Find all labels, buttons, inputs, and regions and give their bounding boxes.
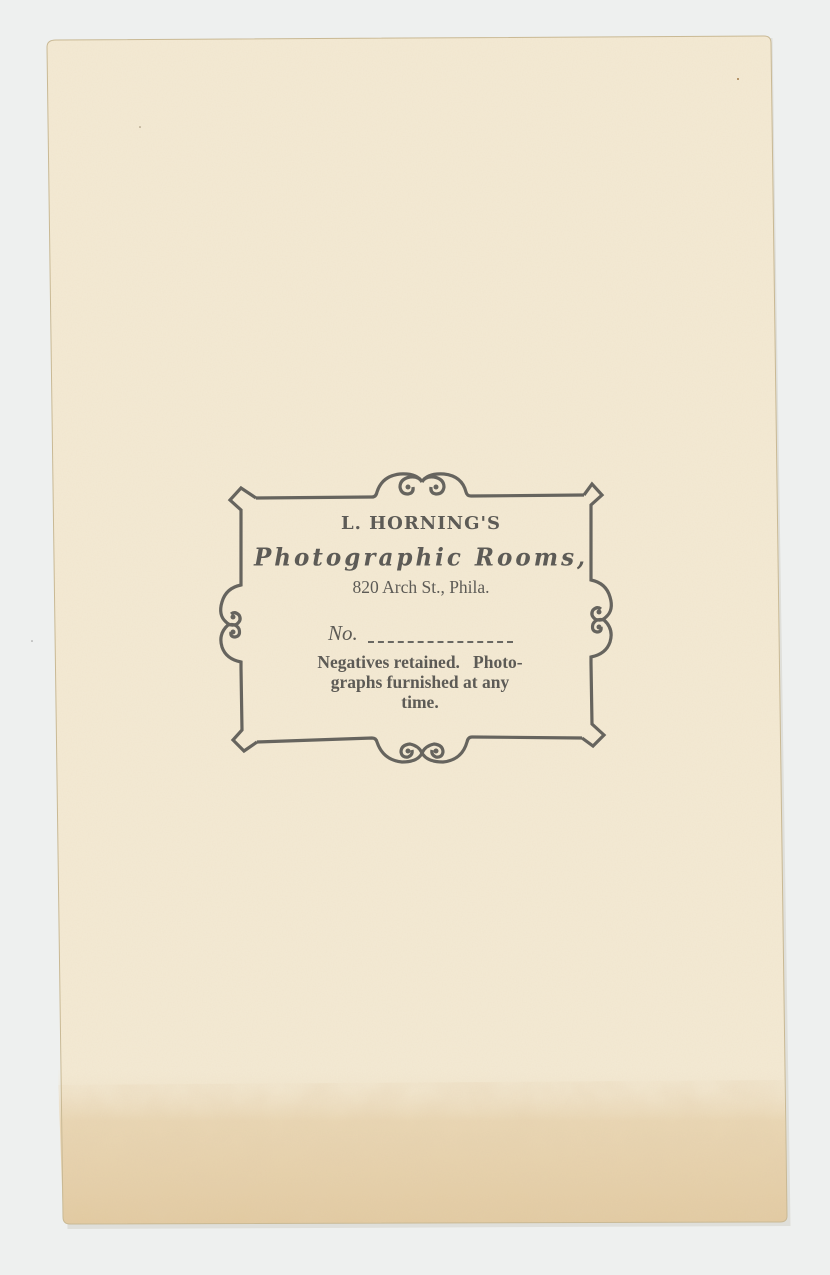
card-graphics	[0, 0, 830, 1275]
photo-card-back: L. HORNING'S Photographic Rooms, 820 Arc…	[0, 0, 830, 1275]
business-name: Photographic Rooms,	[240, 543, 602, 571]
note-line-3: time.	[270, 692, 570, 712]
note-line-2: graphs furnished at any	[270, 672, 570, 692]
negatives-note: Negatives retained. Photo- graphs furnis…	[270, 652, 570, 712]
studio-address: 820 Arch St., Phila.	[240, 577, 602, 598]
note-line-1: Negatives retained. Photo-	[270, 652, 570, 672]
photographer-name: L. HORNING'S	[240, 513, 602, 534]
negative-number-label: No.	[328, 621, 358, 646]
negative-number-blank	[368, 641, 513, 643]
